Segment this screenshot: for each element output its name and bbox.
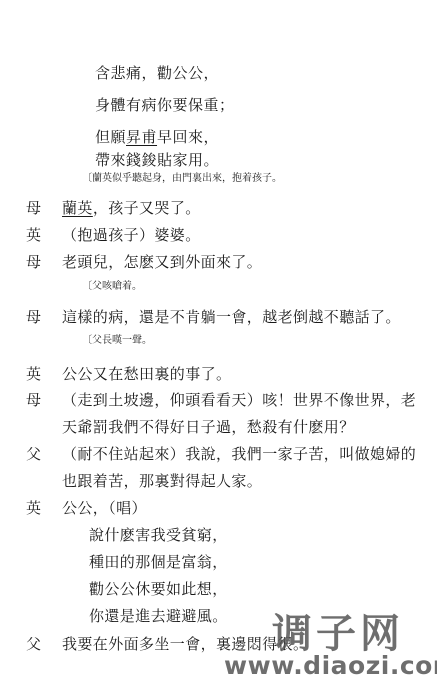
speaker-label: 英 [26, 364, 41, 384]
speech-line: 老頭兒，怎麽又到外面來了。 [62, 252, 262, 272]
document-page: 含悲痛，勸公公， 身體有病你要保重； 但願昇甫早回來， 帶來錢鋑貼家用。 〔蘭英… [0, 0, 437, 690]
stage-direction: 〔父長嘆一聲。 [82, 334, 152, 348]
speech-line: （走到土坡邊，仰頭看看天）咳！世界不像世界，老 [62, 390, 416, 410]
song-line-3: 勸公公休要如此想， [89, 579, 228, 599]
song-line-2: 種田的那個是富翁， [89, 552, 228, 572]
speech-continuation: 也跟着苦，那裏對得起人家。 [62, 471, 262, 491]
speaker-label: 母 [26, 307, 41, 327]
stage-direction: 〔蘭英似乎聽起身，由門裏出來，抱着孩子。 [82, 172, 282, 186]
speaker-label: 父 [26, 634, 41, 654]
speech-continuation: 天爺罰我們不得好日子過，愁殺有什麽用？ [62, 417, 355, 437]
speaker-label: 母 [26, 390, 41, 410]
speaker-label: 父 [26, 444, 41, 464]
speech-line: （抱過孩子）婆婆。 [62, 225, 201, 245]
watermark-url: www.diaozi.com [224, 651, 437, 681]
verse-line-2: 身體有病你要保重； [95, 95, 235, 115]
watermark-site-name: 调子网 [272, 612, 404, 656]
verse-line-3-suffix: 早回來， [157, 128, 219, 146]
song-line-4: 你還是進去避避風。 [89, 606, 228, 626]
speech-rest: ，孩子又哭了。 [93, 199, 201, 217]
speaker-label: 英 [26, 498, 41, 518]
speech-line: 公公，（唱） [62, 498, 147, 518]
speech-line: （耐不住站起來）我說，我們一家子苦，叫做媳婦的 [62, 444, 416, 464]
speaker-label: 母 [26, 252, 41, 272]
verse-line-3-prefix: 但願 [95, 128, 126, 146]
verse-line-3: 但願昇甫早回來， [95, 127, 219, 147]
verse-line-4: 帶來錢鋑貼家用。 [95, 150, 219, 170]
stage-direction: 〔父咳嗆着。 [82, 280, 142, 294]
speech-line: 這樣的病，還是不肯躺一會，越老倒越不聽話了。 [62, 307, 401, 327]
speech-line: 蘭英，孩子又哭了。 [62, 198, 201, 218]
verse-line-1: 含悲痛，勸公公， [95, 63, 219, 83]
underlined-name: 昇甫 [126, 128, 157, 146]
speech-line: 公公又在愁田裏的事了。 [62, 364, 231, 384]
song-line-1: 說什麽害我受貧窮， [89, 525, 228, 545]
underlined-name: 蘭英 [62, 199, 93, 217]
speaker-label: 母 [26, 198, 41, 218]
speaker-label: 英 [26, 225, 41, 245]
